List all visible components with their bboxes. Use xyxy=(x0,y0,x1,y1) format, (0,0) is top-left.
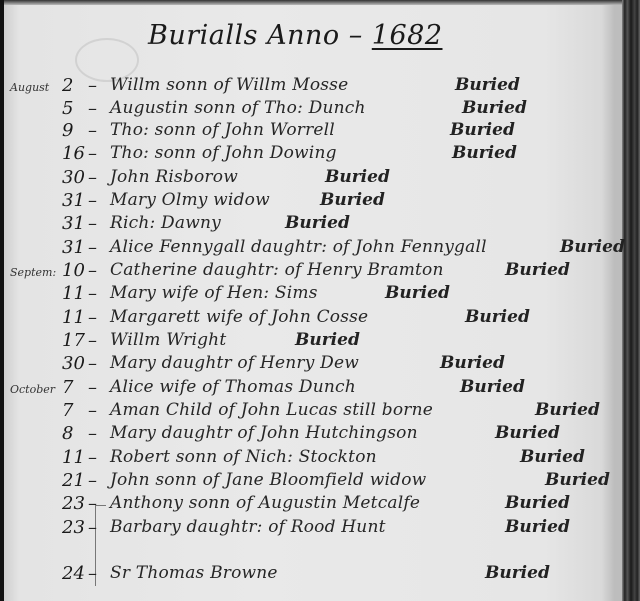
burial-entry: 17–Willm WrightBuried xyxy=(0,330,620,354)
burial-entry: 31–Rich: DawnyBuried xyxy=(0,213,620,237)
burial-status: Buried xyxy=(505,517,570,537)
dash-separator: – xyxy=(88,470,97,491)
burial-status: Buried xyxy=(535,400,600,420)
dash-separator: – xyxy=(88,377,97,398)
burial-status: Buried xyxy=(452,143,517,163)
burial-status: Buried xyxy=(545,470,610,490)
burial-entry: 11–Mary wife of Hen: SimsBuried xyxy=(0,283,620,307)
burial-entry: 24–Sr Thomas BrowneBuried xyxy=(0,563,620,587)
entry-text: Mary Olmy widow xyxy=(110,190,270,210)
burial-entry: 30–John RisborowBuried xyxy=(0,167,620,191)
entry-text: Barbary daughtr: of Rood Hunt xyxy=(110,517,386,537)
entry-text: Alice wife of Thomas Dunch xyxy=(110,377,356,397)
title-year: 1682 xyxy=(372,20,443,51)
burial-status: Buried xyxy=(485,563,550,583)
entry-text: Mary daughtr of Henry Dew xyxy=(110,353,359,373)
burial-status: Buried xyxy=(462,98,527,118)
entry-text: Sr Thomas Browne xyxy=(110,563,278,583)
entry-text: Margarett wife of John Cosse xyxy=(110,307,368,327)
entry-text: Tho: sonn of John Dowing xyxy=(110,143,337,163)
dash-separator: – xyxy=(88,190,97,211)
burial-entry: 30–Mary daughtr of Henry DewBuried xyxy=(0,353,620,377)
entry-text: Aman Child of John Lucas still borne xyxy=(110,400,433,420)
burial-status: Buried xyxy=(320,190,385,210)
dash-separator: – xyxy=(88,167,97,188)
burial-status: Buried xyxy=(325,167,390,187)
burial-status: Buried xyxy=(295,330,360,350)
dash-separator: – xyxy=(88,493,97,514)
entry-text: Willm sonn of Willm Mosse xyxy=(110,75,348,95)
burial-entry: 31–Alice Fennygall daughtr: of John Fenn… xyxy=(0,237,620,261)
entry-text: John Risborow xyxy=(110,167,238,187)
burial-entry: 5–Augustin sonn of Tho: DunchBuried xyxy=(0,98,620,122)
entry-text: Willm Wright xyxy=(110,330,226,350)
entry-text: Tho: sonn of John Worrell xyxy=(110,120,335,140)
register-page: Burialls Anno – 1682 August2–Willm sonn … xyxy=(0,0,640,601)
dash-separator: – xyxy=(88,213,97,234)
burial-status: Buried xyxy=(285,213,350,233)
burial-status: Buried xyxy=(505,260,570,280)
burial-status: Buried xyxy=(520,447,585,467)
burial-entry: October7–Alice wife of Thomas DunchBurie… xyxy=(0,377,620,401)
entry-text: Rich: Dawny xyxy=(110,213,221,233)
burial-entry: 11–Margarett wife of John CosseBuried xyxy=(0,307,620,331)
burial-entry: 31–Mary Olmy widowBuried xyxy=(0,190,620,214)
burial-status: Buried xyxy=(450,120,515,140)
dash-separator: – xyxy=(88,517,97,538)
burial-entry: 23–Barbary daughtr: of Rood HuntBuried xyxy=(0,517,620,541)
entry-text: Robert sonn of Nich: Stockton xyxy=(110,447,377,467)
month-label: August xyxy=(10,81,49,94)
burial-entry: 23–Anthony sonn of Augustin MetcalfeBuri… xyxy=(0,493,620,517)
dash-separator: – xyxy=(88,307,97,328)
dash-separator: – xyxy=(88,353,97,374)
dash-separator: – xyxy=(88,283,97,304)
dash-separator: – xyxy=(88,563,97,584)
entry-text: Alice Fennygall daughtr: of John Fennyga… xyxy=(110,237,487,257)
entry-text: Catherine daughtr: of Henry Bramton xyxy=(110,260,444,280)
entry-text: Augustin sonn of Tho: Dunch xyxy=(110,98,366,118)
burial-status: Buried xyxy=(495,423,560,443)
burial-status: Buried xyxy=(440,353,505,373)
title-text: Burialls Anno – xyxy=(148,20,372,51)
burial-status: Buried xyxy=(455,75,520,95)
entry-text: Mary wife of Hen: Sims xyxy=(110,283,318,303)
entry-text: John sonn of Jane Bloomfield widow xyxy=(110,470,426,490)
dash-separator: – xyxy=(88,400,97,421)
dash-separator: – xyxy=(88,330,97,351)
burial-status: Buried xyxy=(385,283,450,303)
burial-entry: 9–Tho: sonn of John WorrellBuried xyxy=(0,120,620,144)
burial-entry: 7–Aman Child of John Lucas still borneBu… xyxy=(0,400,620,424)
page-title: Burialls Anno – 1682 xyxy=(148,20,443,51)
dash-separator: – xyxy=(88,237,97,258)
month-label: Septem: xyxy=(10,266,56,279)
burial-status: Buried xyxy=(560,237,625,257)
burial-entry: 8–Mary daughtr of John HutchingsonBuried xyxy=(0,423,620,447)
dash-separator: – xyxy=(88,447,97,468)
burial-entry: August2–Willm sonn of Willm MosseBuried xyxy=(0,75,620,99)
book-binding xyxy=(622,0,640,601)
burial-entry: 16–Tho: sonn of John DowingBuried xyxy=(0,143,620,167)
page-top-edge xyxy=(0,0,640,5)
entry-text: Anthony sonn of Augustin Metcalfe xyxy=(110,493,420,513)
dash-separator: – xyxy=(88,423,97,444)
dash-separator: – xyxy=(88,75,97,96)
burial-status: Buried xyxy=(505,493,570,513)
dash-separator: – xyxy=(88,143,97,164)
month-label: October xyxy=(10,383,55,396)
burial-entry: Septem:10–Catherine daughtr: of Henry Br… xyxy=(0,260,620,284)
burial-status: Buried xyxy=(465,307,530,327)
dash-separator: – xyxy=(88,260,97,281)
dash-separator: – xyxy=(88,120,97,141)
dash-separator: – xyxy=(88,98,97,119)
burial-entry: 11–Robert sonn of Nich: StocktonBuried xyxy=(0,447,620,471)
burial-status: Buried xyxy=(460,377,525,397)
burial-entry: 21–John sonn of Jane Bloomfield widowBur… xyxy=(0,470,620,494)
entry-text: Mary daughtr of John Hutchingson xyxy=(110,423,418,443)
